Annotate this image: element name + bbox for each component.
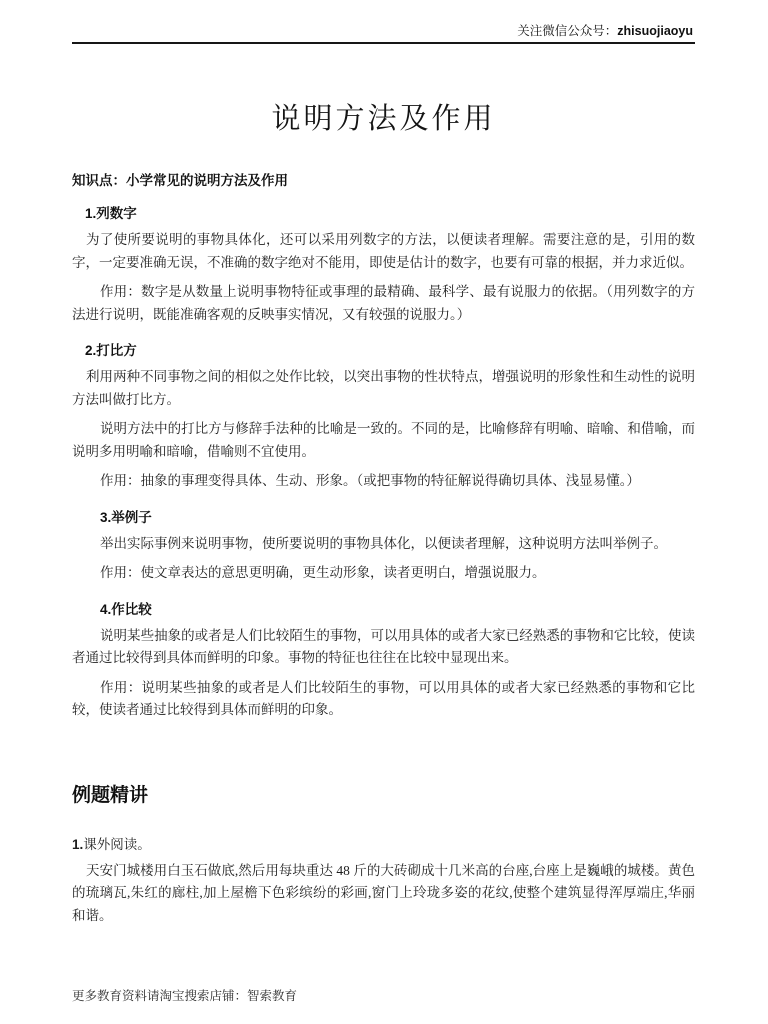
example-item-title: 课外阅读。 bbox=[83, 837, 151, 852]
document-content: 说明方法及作用 知识点：小学常见的说明方法及作用 1.列数字 为了使所要说明的事… bbox=[0, 96, 768, 927]
page-footer: 更多教育资料请淘宝搜索店铺：智索教育 bbox=[72, 986, 297, 1004]
section-3-function: 作用：使文章表达的意思更明确，更生动形象，读者更明白，增强说服力。 bbox=[72, 562, 695, 585]
section-heading-4: 4.作比较 bbox=[100, 598, 695, 618]
examples-section-heading: 例题精讲 bbox=[72, 780, 695, 807]
section-2-paragraph: 说明方法中的打比方与修辞手法种的比喻是一致的。不同的是，比喻修辞有明喻、暗喻、和… bbox=[72, 418, 695, 463]
knowledge-point-heading: 知识点：小学常见的说明方法及作用 bbox=[72, 169, 695, 189]
example-item-label: 1.课外阅读。 bbox=[72, 833, 695, 853]
wechat-account: zhisuojiaoyu bbox=[617, 24, 693, 38]
section-3-paragraph: 举出实际事例来说明事物，使所要说明的事物具体化，以便读者理解，这种说明方法叫举例… bbox=[72, 533, 695, 556]
wechat-note-label: 关注微信公众号： bbox=[517, 24, 617, 38]
section-1-paragraph: 为了使所要说明的事物具体化，还可以采用列数字的方法，以便读者理解。需要注意的是，… bbox=[72, 229, 695, 274]
section-2-paragraph: 利用两种不同事物之间的相似之处作比较，以突出事物的性状特点，增强说明的形象性和生… bbox=[72, 366, 695, 411]
document-title: 说明方法及作用 bbox=[72, 96, 695, 137]
section-heading-3: 3.举例子 bbox=[100, 506, 695, 526]
section-heading-1: 1.列数字 bbox=[85, 202, 695, 222]
example-passage: 天安门城楼用白玉石做底,然后用每块重达 48 斤的大砖砌成十几米高的台座,台座上… bbox=[72, 860, 695, 928]
page-header: 关注微信公众号：zhisuojiaoyu bbox=[72, 0, 695, 44]
section-2-function: 作用：抽象的事理变得具体、生动、形象。（或把事物的特征解说得确切具体、浅显易懂。… bbox=[72, 470, 695, 493]
section-4-function: 作用：说明某些抽象的或者是人们比较陌生的事物，可以用具体的或者大家已经熟悉的事物… bbox=[72, 677, 695, 722]
example-item-number: 1. bbox=[72, 837, 83, 852]
document-page: 关注微信公众号：zhisuojiaoyu 说明方法及作用 知识点：小学常见的说明… bbox=[0, 0, 768, 1024]
section-heading-2: 2.打比方 bbox=[85, 339, 695, 359]
section-1-function: 作用：数字是从数量上说明事物特征或事理的最精确、最科学、最有说服力的依据。（用列… bbox=[72, 281, 695, 326]
section-4-paragraph: 说明某些抽象的或者是人们比较陌生的事物，可以用具体的或者大家已经熟悉的事物和它比… bbox=[72, 625, 695, 670]
